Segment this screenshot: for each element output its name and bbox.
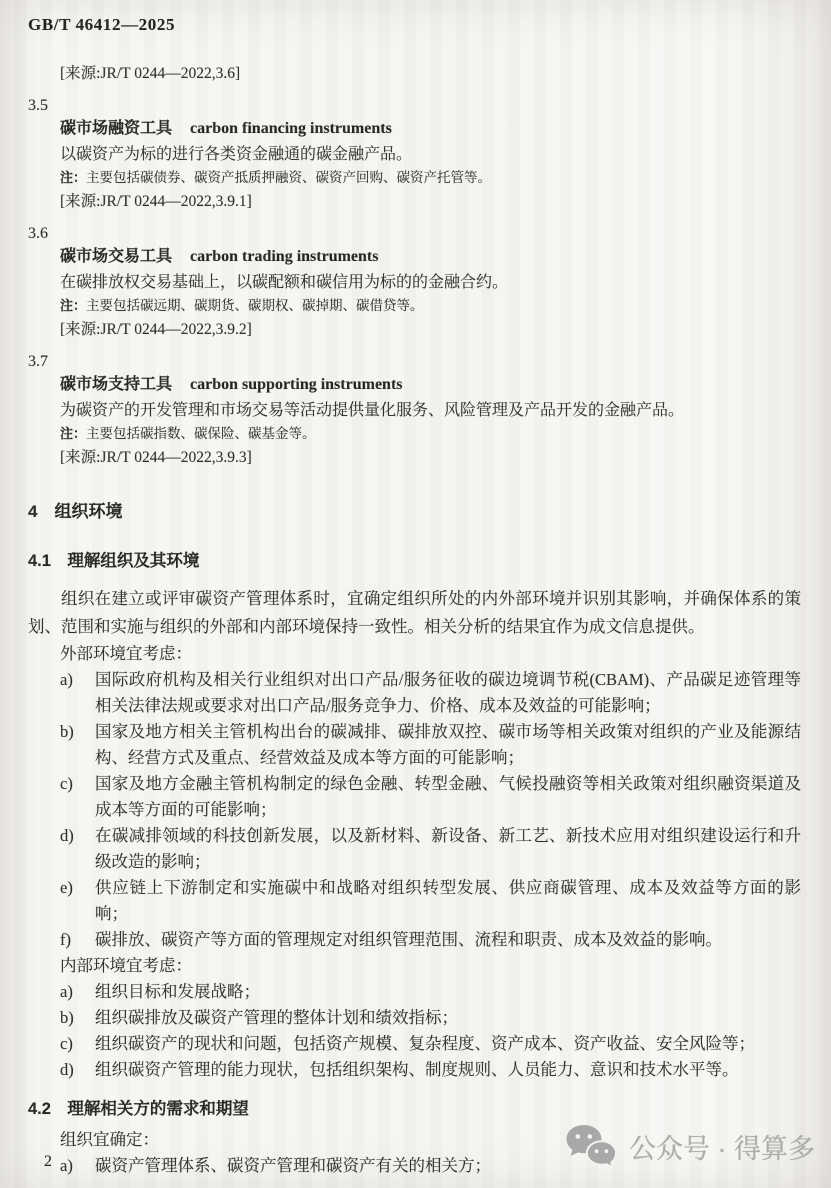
note-text: 主要包括碳债券、碳资产抵质押融资、碳资产回购、碳资产托管等。	[86, 170, 491, 185]
list-item: b) 国家及地方相关主管机构出台的碳减排、碳排放双控、碳市场等相关政策对组织的产…	[60, 719, 801, 771]
list-text: 国家及地方相关主管机构出台的碳减排、碳排放双控、碳市场等相关政策对组织的产业及能…	[95, 719, 801, 771]
source-citation: [来源:JR/T 0244—2022,3.9.1]	[60, 190, 801, 214]
list-text: 组织碳排放及碳资产管理的整体计划和绩效指标；	[95, 1005, 801, 1031]
term-title-en: carbon trading instruments	[190, 248, 378, 265]
list-item: a) 组织目标和发展战略；	[60, 979, 801, 1005]
note-label: 注：	[60, 170, 86, 185]
list-item: f) 碳排放、碳资产等方面的管理规定对组织管理范围、流程和职责、成本及效益的影响…	[60, 927, 801, 953]
term-note: 注：主要包括碳债券、碳资产抵质押融资、碳资产回购、碳资产托管等。	[60, 168, 801, 188]
list-marker: d)	[60, 1057, 95, 1083]
term-title-zh: 碳市场支持工具	[60, 376, 172, 393]
list-marker: a)	[60, 1153, 95, 1179]
list-item: c) 国家及地方金融主管机构制定的绿色金融、转型金融、气候投融资等相关政策对组织…	[60, 771, 801, 823]
clause-4-heading: 4 组织环境	[28, 500, 801, 524]
term-definition: 以碳资产为标的进行各类资金融通的碳金融产品。	[60, 143, 801, 167]
list-text: 国家及地方金融主管机构制定的绿色金融、转型金融、气候投融资等相关政策对组织融资渠…	[95, 771, 801, 823]
clause-4-2-heading: 4.2 理解相关方的需求和期望	[28, 1097, 801, 1121]
list-marker: e)	[60, 875, 95, 927]
list-text: 组织碳资产管理的能力现状，包括组织架构、制度规则、人员能力、意识和技术水平等。	[95, 1057, 801, 1083]
term-note: 注：主要包括碳远期、碳期货、碳期权、碳掉期、碳借贷等。	[60, 296, 801, 316]
list-item: a) 国际政府机构及相关行业组织对出口产品/服务征收的碳边境调节税(CBAM)、…	[60, 667, 801, 719]
list-item: d) 组织碳资产管理的能力现状，包括组织架构、制度规则、人员能力、意识和技术水平…	[60, 1057, 801, 1083]
list-marker: b)	[60, 719, 95, 771]
list-marker: a)	[60, 667, 95, 719]
standard-number-header: GB/T 46412—2025	[28, 14, 801, 36]
term-number: 3.7	[28, 351, 801, 373]
clause-4-1-heading: 4.1 理解组织及其环境	[28, 549, 801, 573]
internal-env-intro: 内部环境宜考虑：	[60, 953, 801, 979]
term-note: 注：主要包括碳指数、碳保险、碳基金等。	[60, 424, 801, 444]
term-title: 碳市场支持工具 carbon supporting instruments	[60, 373, 801, 397]
term-title-zh: 碳市场融资工具	[60, 120, 172, 137]
wechat-icon	[564, 1124, 616, 1168]
page-number: 2	[44, 1152, 52, 1172]
term-title-zh: 碳市场交易工具	[60, 248, 172, 265]
document-page: GB/T 46412—2025 [来源:JR/T 0244—2022,3.6] …	[0, 0, 831, 1188]
body-paragraph: 组织在建立或评审碳资产管理体系时，宜确定组织所处的内外部环境并识别其影响，并确保…	[28, 585, 801, 641]
source-citation: [来源:JR/T 0244—2022,3.9.2]	[60, 318, 801, 342]
list-text: 组织碳资产的现状和问题，包括资产规模、复杂程度、资产成本、资产收益、安全风险等；	[95, 1031, 801, 1057]
list-text: 在碳减排领域的科技创新发展，以及新材料、新设备、新工艺、新技术应用对组织建设运行…	[95, 823, 801, 875]
list-marker: a)	[60, 979, 95, 1005]
term-entry-3-6: 3.6 碳市场交易工具 carbon trading instruments 在…	[28, 223, 801, 342]
list-item: e) 供应链上下游制定和实施碳中和战略对组织转型发展、供应商碳管理、成本及效益等…	[60, 875, 801, 927]
term-title: 碳市场融资工具 carbon financing instruments	[60, 117, 801, 141]
list-item: b) 组织碳排放及碳资产管理的整体计划和绩效指标；	[60, 1005, 801, 1031]
term-entry-3-5: 3.5 碳市场融资工具 carbon financing instruments…	[28, 95, 801, 214]
source-citation: [来源:JR/T 0244—2022,3.9.3]	[60, 446, 801, 470]
term-title-en: carbon financing instruments	[190, 120, 392, 137]
term-definition: 为碳资产的开发管理和市场交易等活动提供量化服务、风险管理及产品开发的金融产品。	[60, 399, 801, 423]
term-entry-3-7: 3.7 碳市场支持工具 carbon supporting instrument…	[28, 351, 801, 470]
list-marker: d)	[60, 823, 95, 875]
watermark-text: 公众号 · 得算多	[629, 1127, 815, 1166]
source-citation: [来源:JR/T 0244—2022,3.6]	[60, 62, 801, 86]
note-label: 注：	[60, 298, 86, 313]
term-number: 3.6	[28, 223, 801, 245]
term-number: 3.5	[28, 95, 801, 117]
list-marker: c)	[60, 1031, 95, 1057]
note-text: 主要包括碳指数、碳保险、碳基金等。	[86, 426, 316, 441]
watermark: 公众号 · 得算多	[564, 1124, 815, 1168]
list-marker: c)	[60, 771, 95, 823]
list-text: 组织目标和发展战略；	[95, 979, 801, 1005]
external-env-intro: 外部环境宜考虑：	[60, 641, 801, 667]
term-title: 碳市场交易工具 carbon trading instruments	[60, 245, 801, 269]
note-label: 注：	[60, 426, 86, 441]
list-item: d) 在碳减排领域的科技创新发展，以及新材料、新设备、新工艺、新技术应用对组织建…	[60, 823, 801, 875]
list-marker: f)	[60, 927, 95, 953]
list-item: c) 组织碳资产的现状和问题，包括资产规模、复杂程度、资产成本、资产收益、安全风…	[60, 1031, 801, 1057]
list-text: 国际政府机构及相关行业组织对出口产品/服务征收的碳边境调节税(CBAM)、产品碳…	[95, 667, 801, 719]
note-text: 主要包括碳远期、碳期货、碳期权、碳掉期、碳借贷等。	[86, 298, 424, 313]
list-text: 碳排放、碳资产等方面的管理规定对组织管理范围、流程和职责、成本及效益的影响。	[95, 927, 801, 953]
term-title-en: carbon supporting instruments	[190, 376, 402, 393]
list-marker: b)	[60, 1005, 95, 1031]
list-text: 供应链上下游制定和实施碳中和战略对组织转型发展、供应商碳管理、成本及效益等方面的…	[95, 875, 801, 927]
term-definition: 在碳排放权交易基础上，以碳配额和碳信用为标的的金融合约。	[60, 271, 801, 295]
